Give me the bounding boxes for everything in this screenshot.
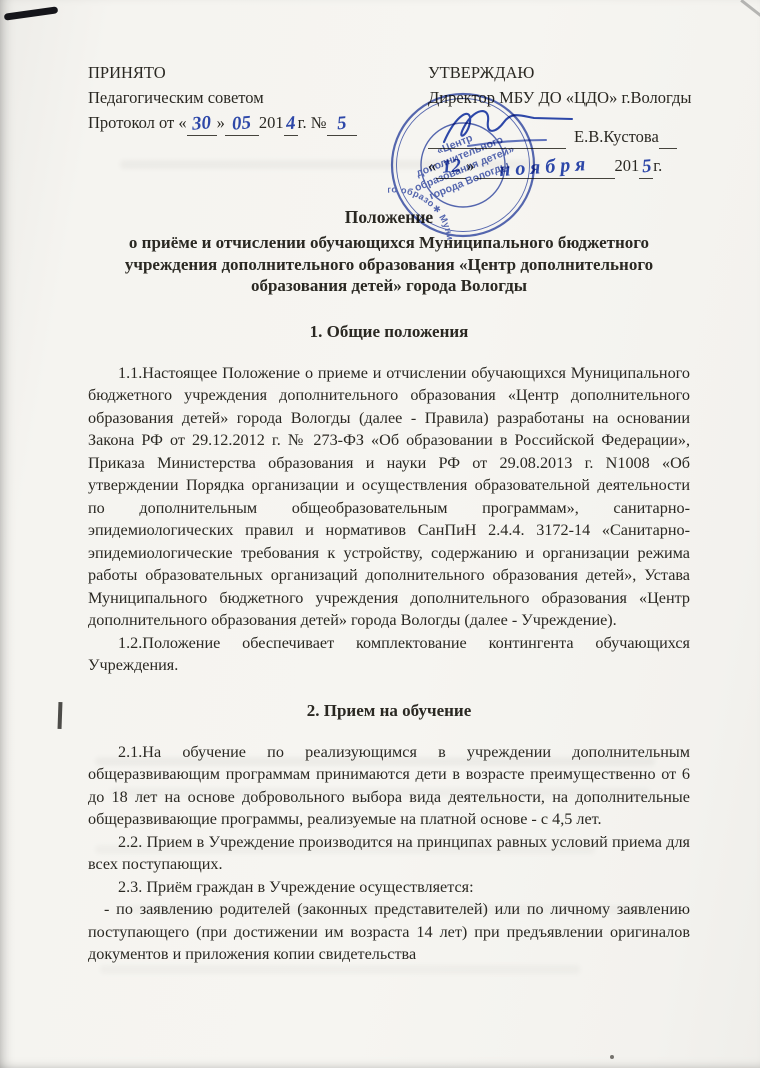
- section-heading-2: 2. Прием на обучение: [88, 700, 690, 722]
- paragraph-2-3-item: - по заявлению родителей (законных предс…: [88, 898, 690, 966]
- bleedthrough-artifact: [100, 965, 580, 974]
- section-heading-1: 1. Общие положения: [88, 321, 690, 343]
- handwritten-month: 05: [232, 116, 252, 132]
- round-stamp: ✱ Муниципальное бюджетное учреждение доп…: [388, 90, 538, 240]
- handwritten-year-digit: 4: [285, 117, 296, 132]
- day-blank: 30: [187, 110, 217, 136]
- signer-name: Е.В.Кустова: [574, 124, 659, 149]
- handwritten-year-digit: 5: [641, 160, 652, 175]
- pen-mark-artifact: [4, 6, 58, 20]
- year-typed: 201: [259, 113, 284, 132]
- year-suffix: г. №: [298, 113, 327, 132]
- paragraph-2-3: 2.3. Приём граждан в Учреждение осуществ…: [88, 876, 690, 899]
- document-subtitle: о приёме и отчислении обучающихся Муници…: [88, 232, 690, 297]
- ink-dot-artifact: [610, 1055, 614, 1059]
- document-body: Положение о приёме и отчислении обучающи…: [88, 206, 690, 966]
- month-blank: 05: [225, 110, 259, 136]
- number-blank: 5: [327, 110, 357, 136]
- year-suffix: г.: [653, 156, 662, 175]
- protocol-prefix: Протокол от «: [88, 113, 187, 132]
- corner-crease-artifact: [740, 0, 760, 20]
- paragraph-1-2: 1.2.Положение обеспечивает комплектовани…: [88, 632, 690, 677]
- blank-line: [659, 148, 677, 149]
- approved-title: УТВЕРЖДАЮ: [428, 60, 728, 85]
- accepted-block: ПРИНЯТО Педагогическим советом Протокол …: [88, 60, 357, 136]
- paragraph-2-2: 2.2. Прием в Учреждение производится на …: [88, 831, 690, 876]
- accepted-protocol-line: Протокол от «30»052014г. №5: [88, 110, 357, 136]
- year-typed: 201: [615, 156, 640, 175]
- accepted-title: ПРИНЯТО: [88, 60, 357, 85]
- year-digit-blank: 4: [284, 110, 298, 136]
- scanned-document-page: ПРИНЯТО Педагогическим советом Протокол …: [0, 0, 760, 1068]
- year-digit-blank: 5: [639, 153, 653, 179]
- handwritten-number: 5: [336, 117, 347, 132]
- accepted-subtitle: Педагогическим советом: [88, 85, 357, 110]
- handwritten-day: 30: [192, 116, 212, 132]
- quote-close: »: [217, 113, 225, 132]
- paragraph-2-1: 2.1.На обучение по реализующимся в учреж…: [88, 741, 690, 831]
- paragraph-1-1: 1.1.Настоящее Положение о приеме и отчис…: [88, 362, 690, 632]
- margin-mark-artifact: [58, 702, 63, 729]
